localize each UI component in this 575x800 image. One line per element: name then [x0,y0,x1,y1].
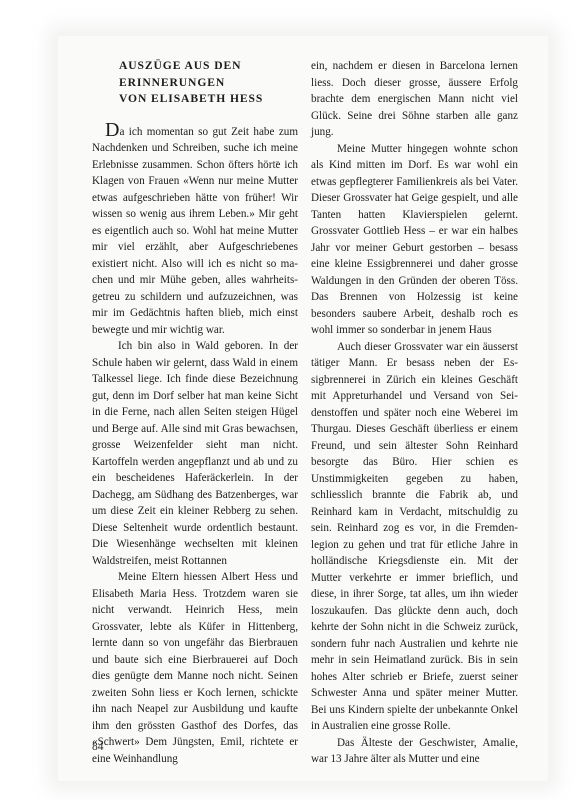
paragraph: Auch dieser Grossvater war ein äus­serst… [311,339,518,735]
paragraph: Meine Eltern hiessen Albert Hess und Eli… [92,569,298,767]
paragraph: Das Älteste der Geschwister, Amalie, war… [311,735,518,768]
footnote-mark: 17 [272,156,279,173]
left-column: AUSZÜGE AUS DEN ERINNERUNGEN VON ELISABE… [92,58,298,767]
chapter-title-line: AUSZÜGE AUS DEN [119,58,298,75]
paragraph: Ich bin also in Wald geboren. In der Sch… [92,338,298,569]
paragraph: Da ich momentan so gut Zeit habe zum Nac… [92,122,298,339]
chapter-title: AUSZÜGE AUS DEN ERINNERUNGEN VON ELISABE… [119,58,298,108]
chapter-title-line: ERINNERUNGEN [119,75,298,92]
page-number: 84 [92,741,104,753]
paragraph: Meine Mutter hingegen wohnte schon als K… [311,141,518,339]
chapter-title-line: VON ELISABETH HESS [119,91,298,108]
drop-cap: D [105,119,119,141]
right-column: ein, nachdem er diesen in Barcelona lern… [311,58,518,768]
paragraph: ein, nachdem er diesen in Barcelona lern… [311,58,518,141]
paragraph-text: a ich momentan so gut Zeit habe zum Nach… [92,126,298,336]
